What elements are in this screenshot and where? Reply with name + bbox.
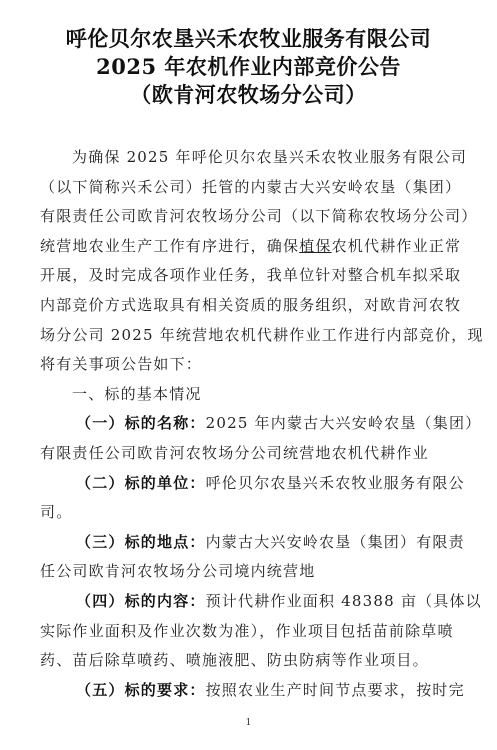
intro-text: 统营地农业生产工作有序进行，确保 — [40, 237, 299, 255]
item-5-first-line: （五）标的要求：按照农业生产时间节点要求，按时完 — [40, 676, 460, 706]
item-label: （五）标的要求： — [76, 681, 206, 699]
page-number: 1 — [0, 718, 497, 728]
intro-line: （以下简称兴禾公司）托管的内蒙古大兴安岭农垦（集团） — [40, 173, 460, 203]
item-label: （二）标的单位： — [76, 474, 206, 492]
item-text: 内蒙古大兴安岭农垦（集团）有限责 — [206, 533, 465, 551]
underlined-term: 植保 — [299, 237, 331, 255]
intro-line: 统营地农业生产工作有序进行，确保植保农机代耕作业正常 — [40, 232, 460, 262]
item-2-first-line: （二）标的单位：呼伦贝尔农垦兴禾农牧业服务有限公 — [40, 469, 460, 499]
item-4-line: 药、苗后除草喷药、喷施液肥、防虫防病等作业项目。 — [40, 646, 460, 676]
item-text: 呼伦贝尔农垦兴禾农牧业服务有限公 — [206, 474, 465, 492]
intro-line: 将有关事项公告如下： — [40, 350, 460, 380]
item-2-line: 司。 — [40, 498, 460, 528]
item-text: 按照农业生产时间节点要求，按时完 — [206, 681, 465, 699]
intro-line: 内部竞价方式选取具有相关资质的服务组织，对欧肯河农牧 — [40, 291, 460, 321]
item-label: （三）标的地点： — [76, 533, 206, 551]
item-label: （一）标的名称： — [76, 414, 206, 432]
item-text: 预计代耕作业面积 48388 亩（具体以 — [206, 592, 482, 610]
title-line-3: （欧肯河农牧场分公司） — [0, 81, 497, 108]
item-label: （四）标的内容： — [76, 592, 206, 610]
item-3-first-line: （三）标的地点：内蒙古大兴安岭农垦（集团）有限责 — [40, 528, 460, 558]
title-line-2: 2025 年农机作业内部竞价公告 — [0, 53, 497, 80]
item-4-first-line: （四）标的内容：预计代耕作业面积 48388 亩（具体以 — [40, 587, 460, 617]
section-heading: 一、标的基本情况 — [40, 380, 460, 410]
intro-line: 开展，及时完成各项作业任务，我单位针对整合机车拟采取 — [40, 261, 460, 291]
intro-text: 农机代耕作业正常 — [332, 237, 462, 255]
item-1-first-line: （一）标的名称：2025 年内蒙古大兴安岭农垦（集团） — [40, 409, 460, 439]
item-text: 2025 年内蒙古大兴安岭农垦（集团） — [206, 414, 482, 432]
item-1-line: 有限责任公司欧肯河农牧场分公司统营地农机代耕作业 — [40, 439, 460, 469]
intro-line: 为确保 2025 年呼伦贝尔农垦兴禾农牧业服务有限公司 — [40, 143, 460, 173]
title-line-1: 呼伦贝尔农垦兴禾农牧业服务有限公司 — [0, 25, 497, 52]
intro-line: 有限责任公司欧肯河农牧场分公司（以下简称农牧场分公司） — [40, 202, 460, 232]
document-body: 为确保 2025 年呼伦贝尔农垦兴禾农牧业服务有限公司 （以下简称兴禾公司）托管… — [40, 143, 460, 705]
item-4-line: 实际作业面积及作业次数为准），作业项目包括苗前除草喷 — [40, 617, 460, 647]
intro-line: 场分公司 2025 年统营地农机代耕作业工作进行内部竞价，现 — [40, 321, 460, 351]
item-3-line: 任公司欧肯河农牧场分公司境内统营地 — [40, 557, 460, 587]
